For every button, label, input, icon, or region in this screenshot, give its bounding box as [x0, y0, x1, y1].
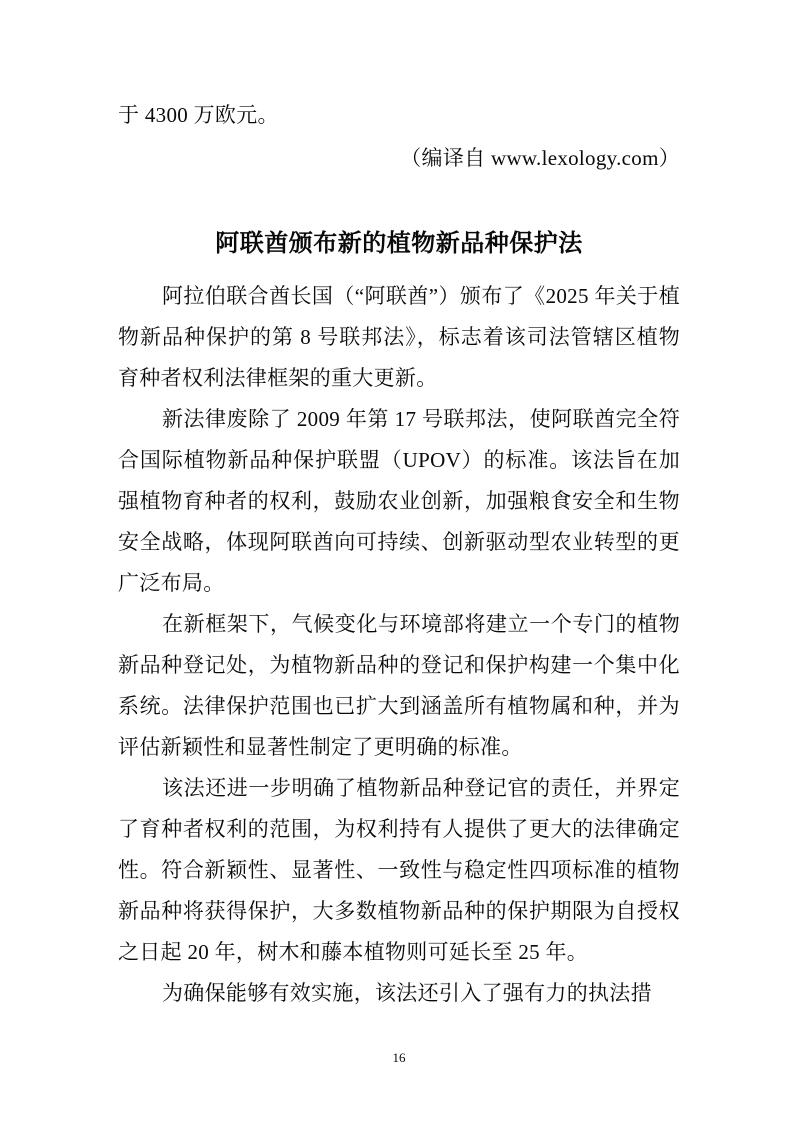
- paragraph-line: 性。符合新颖性、显著性、一致性与稳定性四项标准的植物: [118, 850, 680, 891]
- paragraph-line: 新品种将获得保护，大多数植物新品种的保护期限为自授权: [118, 891, 680, 932]
- paragraph-line: 了育种者权利的范围，为权利持有人提供了更大的法律确定: [118, 809, 680, 850]
- paragraph-line: 育种者权利法律框架的重大更新。: [118, 358, 680, 399]
- paragraph-line: 阿拉伯联合酋长国（“阿联酋”）颁布了《2025 年关于植: [118, 276, 680, 317]
- document-page: 于 4300 万欧元。 （编译自 www.lexology.com） 阿联酋颁布…: [0, 0, 793, 1122]
- paragraph-line: 在新框架下，气候变化与环境部将建立一个专门的植物: [118, 604, 680, 645]
- paragraph-line: 强植物育种者的权利，鼓励农业创新，加强粮食安全和生物: [118, 481, 680, 522]
- source-attribution: （编译自 www.lexology.com）: [118, 138, 680, 179]
- paragraph: 该法还进一步明确了植物新品种登记官的责任，并界定 了育种者权利的范围，为权利持有…: [118, 768, 680, 973]
- paragraph-line: 为确保能够有效实施，该法还引入了强有力的执法措: [118, 973, 680, 1014]
- page-content: 于 4300 万欧元。 （编译自 www.lexology.com） 阿联酋颁布…: [118, 95, 680, 1066]
- paragraph-line: 评估新颖性和显著性制定了更明确的标准。: [118, 727, 680, 768]
- article-title: 阿联酋颁布新的植物新品种保护法: [118, 227, 680, 261]
- paragraph: 在新框架下，气候变化与环境部将建立一个专门的植物 新品种登记处，为植物新品种的登…: [118, 604, 680, 768]
- page-number: 16: [118, 1050, 680, 1066]
- article-body: 阿拉伯联合酋长国（“阿联酋”）颁布了《2025 年关于植 物新品种保护的第 8 …: [118, 276, 680, 1014]
- paragraph-line: 物新品种保护的第 8 号联邦法》，标志着该司法管辖区植物: [118, 317, 680, 358]
- paragraph: 为确保能够有效实施，该法还引入了强有力的执法措: [118, 973, 680, 1014]
- paragraph: 新法律废除了 2009 年第 17 号联邦法，使阿联酋完全符 合国际植物新品种保…: [118, 399, 680, 604]
- paragraph-line: 之日起 20 年，树木和藤本植物则可延长至 25 年。: [118, 932, 680, 973]
- paragraph-line: 安全战略，体现阿联酋向可持续、创新驱动型农业转型的更: [118, 522, 680, 563]
- paragraph-continuation-line: 于 4300 万欧元。: [118, 95, 680, 136]
- paragraph-line: 系统。法律保护范围也已扩大到涵盖所有植物属和种，并为: [118, 686, 680, 727]
- paragraph-line: 该法还进一步明确了植物新品种登记官的责任，并界定: [118, 768, 680, 809]
- paragraph-line: 合国际植物新品种保护联盟（UPOV）的标准。该法旨在加: [118, 440, 680, 481]
- paragraph-line: 新品种登记处，为植物新品种的登记和保护构建一个集中化: [118, 645, 680, 686]
- paragraph-line: 广泛布局。: [118, 563, 680, 604]
- paragraph: 阿拉伯联合酋长国（“阿联酋”）颁布了《2025 年关于植 物新品种保护的第 8 …: [118, 276, 680, 399]
- paragraph-line: 新法律废除了 2009 年第 17 号联邦法，使阿联酋完全符: [118, 399, 680, 440]
